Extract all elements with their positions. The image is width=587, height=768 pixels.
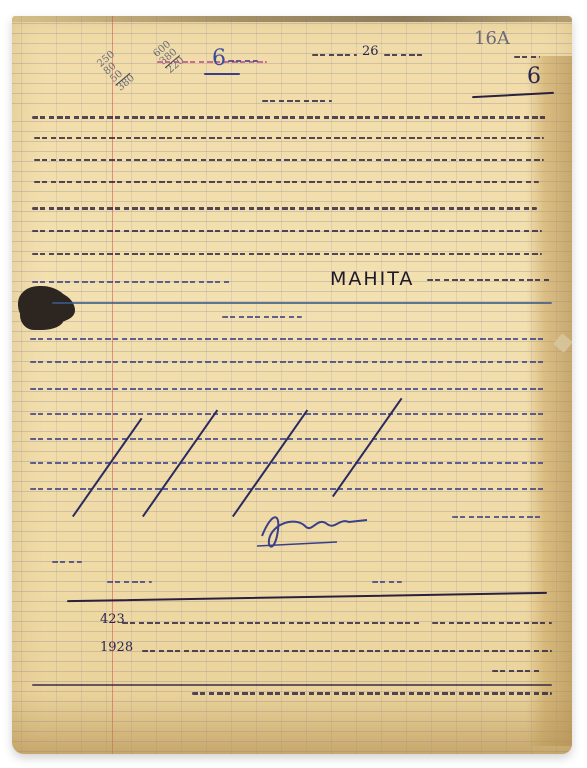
- page-number-right: 6: [527, 64, 541, 89]
- entry-1-line: [32, 207, 537, 210]
- underline: [204, 73, 240, 75]
- entry-number: 423: [100, 612, 125, 627]
- entry-3-line: [142, 650, 552, 652]
- folio-word: [514, 56, 540, 58]
- entry-1-line: [32, 116, 547, 119]
- section-divider: [52, 302, 552, 304]
- entry-2-line: [30, 388, 545, 390]
- mahita-stamp: MAHITA: [330, 268, 414, 290]
- entry-1-line: [427, 279, 552, 281]
- date-number: 26: [362, 44, 379, 59]
- witness-note: [107, 581, 152, 583]
- entry-2-line: [30, 488, 545, 490]
- entry-2-closing: [452, 516, 542, 518]
- witness-note: [52, 561, 82, 563]
- section-divider: [32, 684, 552, 686]
- entry-1-line: [32, 230, 542, 232]
- folio-label: 16A: [474, 28, 510, 49]
- signature: [257, 506, 377, 556]
- entry-1-line: [34, 181, 539, 183]
- page-number-center: 6: [212, 46, 226, 71]
- entry-3-line: [192, 692, 552, 695]
- entry-2-date: [222, 316, 302, 318]
- entry-3-line: [492, 670, 542, 672]
- entry-year: 1928: [100, 640, 133, 655]
- ledger-page: 250 80 50 380 600 380 220 6 26 16A 6 MAH…: [12, 16, 572, 754]
- ruled-lines: [12, 16, 572, 754]
- entry-1-line: [32, 253, 542, 255]
- date-text: [312, 54, 357, 56]
- entry-2-line: [30, 338, 545, 340]
- entry-2-line: [30, 361, 545, 363]
- entry-1-note: [32, 281, 232, 283]
- salutation-line: [262, 100, 332, 102]
- bottom-stain: [12, 694, 572, 754]
- entry-1-line: [34, 159, 544, 161]
- entry-3-line: [432, 622, 552, 624]
- date-text: [384, 54, 424, 56]
- witness-note: [372, 581, 402, 583]
- entry-2-line: [30, 413, 545, 415]
- entry-1-line: [34, 137, 544, 139]
- header-word: [228, 60, 258, 62]
- entry-3-line: [122, 622, 422, 624]
